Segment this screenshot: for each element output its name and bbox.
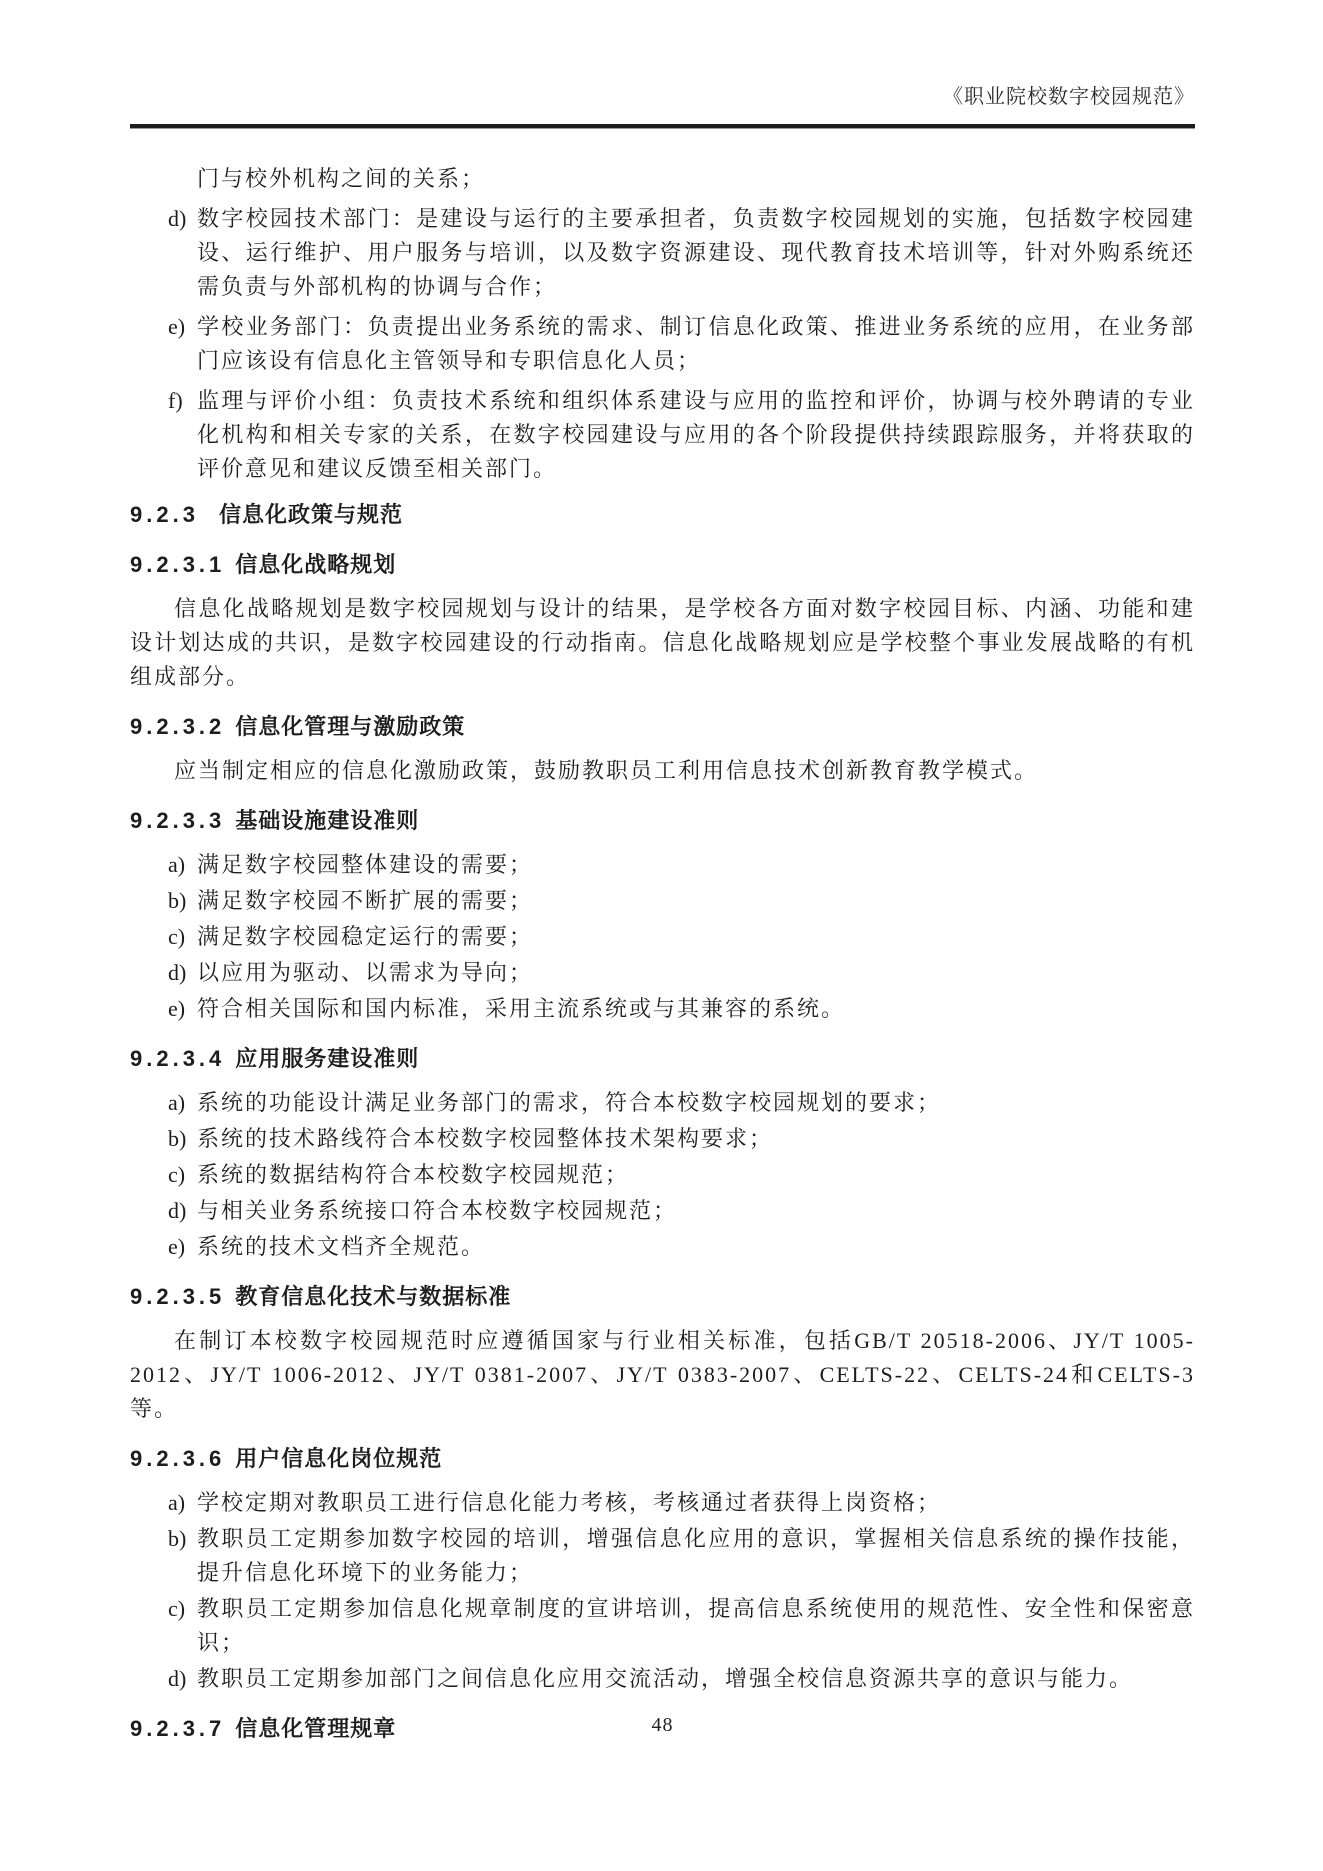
continuation-line: 门与校外机构之间的关系； — [130, 162, 1195, 196]
list-item-label: d) — [168, 956, 186, 990]
list-item-label: c) — [168, 1158, 185, 1192]
list-item-text: 与相关业务系统接口符合本校数字校园规范； — [197, 1198, 677, 1223]
page-number: 48 — [130, 1712, 1195, 1738]
section-title: 信息化管理与激励政策 — [235, 714, 465, 739]
list-item-label: d) — [168, 1194, 186, 1228]
list-item-b: b) 教职员工定期参加数字校园的培训，增强信息化应用的意识，掌握相关信息系统的操… — [130, 1522, 1195, 1590]
section-number: 9.2.3.2 — [130, 714, 225, 739]
list-item-text: 系统的数据结构符合本校数字校园规范； — [197, 1162, 629, 1187]
list-item-text: 学校业务部门：负责提出业务系统的需求、制订信息化政策、推进业务系统的应用，在业务… — [197, 314, 1195, 373]
list-item-text: 系统的技术文档齐全规范。 — [197, 1234, 485, 1259]
section-title: 基础设施建设准则 — [235, 808, 419, 833]
list-item-text: 教职员工定期参加部门之间信息化应用交流活动，增强全校信息资源共享的意识与能力。 — [197, 1666, 1133, 1691]
document-body: 门与校外机构之间的关系； d) 数字校园技术部门：是建设与运行的主要承担者，负责… — [130, 162, 1195, 1746]
list-item-c: c) 教职员工定期参加信息化规章制度的宣讲培训，提高信息系统使用的规范性、安全性… — [130, 1592, 1195, 1660]
list-item-b: b) 满足数字校园不断扩展的需要； — [130, 884, 1195, 918]
section-title: 教育信息化技术与数据标准 — [235, 1284, 511, 1309]
section-number: 9.2.3.1 — [130, 552, 225, 577]
list-item-label: c) — [168, 920, 185, 954]
section-title: 用户信息化岗位规范 — [235, 1446, 442, 1471]
list-item-label: a) — [168, 1086, 185, 1120]
list-item-f: f) 监理与评价小组：负责技术系统和组织体系建设与应用的监控和评价，协调与校外聘… — [130, 384, 1195, 486]
section-title: 应用服务建设准则 — [235, 1046, 419, 1071]
list-item-d: d) 与相关业务系统接口符合本校数字校园规范； — [130, 1194, 1195, 1228]
list-item-label: e) — [168, 992, 185, 1026]
list-item-text: 系统的功能设计满足业务部门的需求，符合本校数字校园规划的要求； — [197, 1090, 941, 1115]
criteria-list-9236: a) 学校定期对教职员工进行信息化能力考核，考核通过者获得上岗资格； b) 教职… — [130, 1486, 1195, 1696]
list-item-c: c) 系统的数据结构符合本校数字校园规范； — [130, 1158, 1195, 1192]
list-item-label: c) — [168, 1592, 185, 1626]
list-item-text: 监理与评价小组：负责技术系统和组织体系建设与应用的监控和评价，协调与校外聘请的专… — [197, 388, 1195, 481]
section-heading-923: 9.2.3信息化政策与规范 — [130, 498, 1195, 532]
list-item-label: b) — [168, 1122, 186, 1156]
department-list: d) 数字校园技术部门：是建设与运行的主要承担者，负责数字校园规划的实施，包括数… — [130, 202, 1195, 486]
section-number: 9.2.3.4 — [130, 1046, 225, 1071]
list-item-label: b) — [168, 1522, 186, 1556]
list-item-text: 以应用为驱动、以需求为导向； — [197, 960, 533, 985]
list-item-b: b) 系统的技术路线符合本校数字校园整体技术架构要求； — [130, 1122, 1195, 1156]
list-item-text: 满足数字校园不断扩展的需要； — [197, 888, 533, 913]
section-heading-9233: 9.2.3.3基础设施建设准则 — [130, 804, 1195, 838]
list-item-label: e) — [168, 310, 185, 344]
section-heading-9231: 9.2.3.1信息化战略规划 — [130, 548, 1195, 582]
section-heading-9232: 9.2.3.2信息化管理与激励政策 — [130, 710, 1195, 744]
list-item-label: a) — [168, 848, 185, 882]
list-item-text: 符合相关国际和国内标准，采用主流系统或与其兼容的系统。 — [197, 996, 845, 1021]
list-item-text: 满足数字校园稳定运行的需要； — [197, 924, 533, 949]
list-item-c: c) 满足数字校园稳定运行的需要； — [130, 920, 1195, 954]
list-item-a: a) 系统的功能设计满足业务部门的需求，符合本校数字校园规划的要求； — [130, 1086, 1195, 1120]
list-item-label: d) — [168, 1662, 186, 1696]
section-heading-9236: 9.2.3.6用户信息化岗位规范 — [130, 1442, 1195, 1476]
section-title: 信息化政策与规范 — [219, 502, 403, 527]
list-item-e: e) 学校业务部门：负责提出业务系统的需求、制订信息化政策、推进业务系统的应用，… — [130, 310, 1195, 378]
list-item-label: d) — [168, 202, 186, 236]
list-item-d: d) 以应用为驱动、以需求为导向； — [130, 956, 1195, 990]
section-number: 9.2.3.3 — [130, 808, 225, 833]
paragraph-9231: 信息化战略规划是数字校园规划与设计的结果，是学校各方面对数字校园目标、内涵、功能… — [130, 592, 1195, 694]
header-rule — [130, 124, 1195, 128]
list-item-a: a) 学校定期对教职员工进行信息化能力考核，考核通过者获得上岗资格； — [130, 1486, 1195, 1520]
list-item-text: 教职员工定期参加信息化规章制度的宣讲培训，提高信息系统使用的规范性、安全性和保密… — [197, 1596, 1195, 1655]
list-item-d: d) 教职员工定期参加部门之间信息化应用交流活动，增强全校信息资源共享的意识与能… — [130, 1662, 1195, 1696]
list-item-d: d) 数字校园技术部门：是建设与运行的主要承担者，负责数字校园规划的实施，包括数… — [130, 202, 1195, 304]
running-header-title: 《职业院校数字校园规范》 — [130, 84, 1195, 110]
section-number: 9.2.3.6 — [130, 1446, 225, 1471]
paragraph-9235: 在制订本校数字校园规范时应遵循国家与行业相关标准，包括GB/T 20518-20… — [130, 1324, 1195, 1426]
section-title: 信息化战略规划 — [235, 552, 396, 577]
section-heading-9234: 9.2.3.4应用服务建设准则 — [130, 1042, 1195, 1076]
section-number: 9.2.3.5 — [130, 1284, 225, 1309]
section-number: 9.2.3 — [130, 502, 199, 527]
list-item-label: e) — [168, 1230, 185, 1264]
list-item-label: f) — [168, 384, 183, 418]
criteria-list-9234: a) 系统的功能设计满足业务部门的需求，符合本校数字校园规划的要求； b) 系统… — [130, 1086, 1195, 1264]
list-item-text: 满足数字校园整体建设的需要； — [197, 852, 533, 877]
list-item-text: 数字校园技术部门：是建设与运行的主要承担者，负责数字校园规划的实施，包括数字校园… — [197, 206, 1195, 299]
section-heading-9235: 9.2.3.5教育信息化技术与数据标准 — [130, 1280, 1195, 1314]
list-item-text: 学校定期对教职员工进行信息化能力考核，考核通过者获得上岗资格； — [197, 1490, 941, 1515]
list-item-label: a) — [168, 1486, 185, 1520]
list-item-label: b) — [168, 884, 186, 918]
list-item-a: a) 满足数字校园整体建设的需要； — [130, 848, 1195, 882]
document-page: 《职业院校数字校园规范》 门与校外机构之间的关系； d) 数字校园技术部门：是建… — [0, 0, 1323, 1871]
list-item-e: e) 符合相关国际和国内标准，采用主流系统或与其兼容的系统。 — [130, 992, 1195, 1026]
list-item-e: e) 系统的技术文档齐全规范。 — [130, 1230, 1195, 1264]
list-item-text: 教职员工定期参加数字校园的培训，增强信息化应用的意识，掌握相关信息系统的操作技能… — [197, 1526, 1195, 1585]
criteria-list-9233: a) 满足数字校园整体建设的需要； b) 满足数字校园不断扩展的需要； c) 满… — [130, 848, 1195, 1026]
paragraph-9232: 应当制定相应的信息化激励政策，鼓励教职员工利用信息技术创新教育教学模式。 — [130, 754, 1195, 788]
list-item-text: 系统的技术路线符合本校数字校园整体技术架构要求； — [197, 1126, 773, 1151]
